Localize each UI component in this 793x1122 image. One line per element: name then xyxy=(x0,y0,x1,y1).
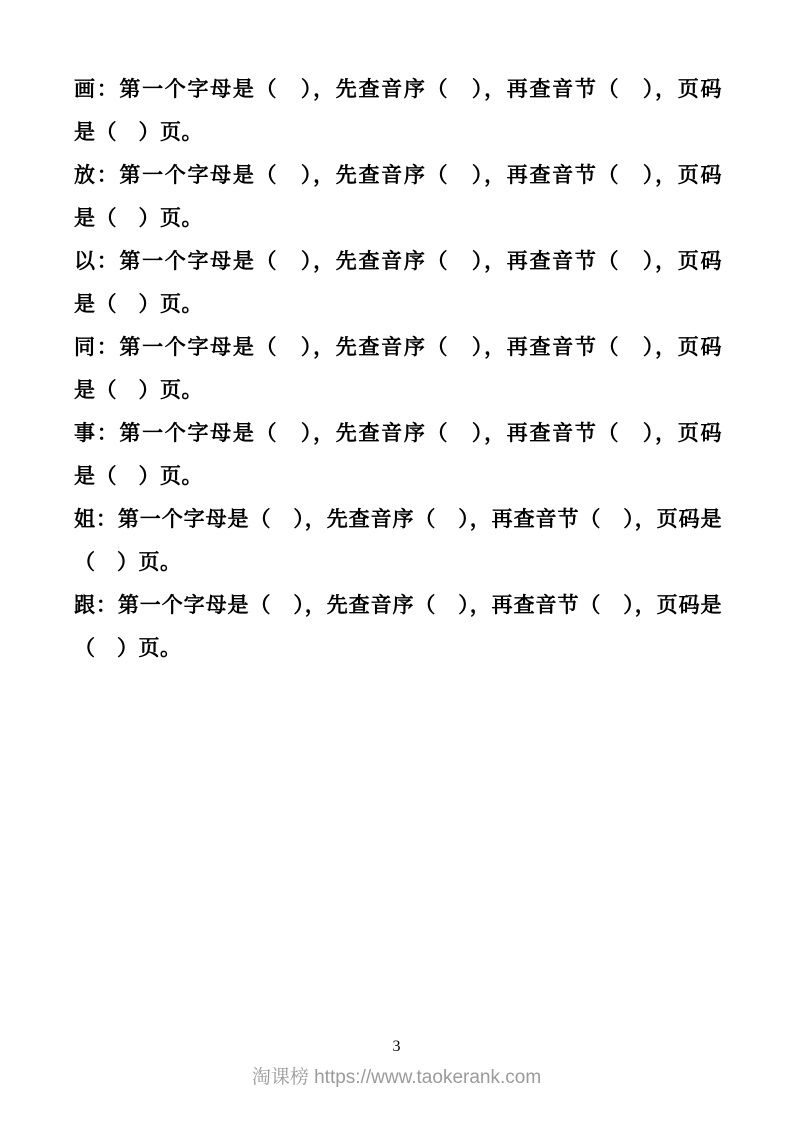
exercise-item-hua: 画：第一个字母是（ ），先查音序（ ），再查音节（ ），页码 是（ ）页。 xyxy=(74,68,722,154)
exercise-line: 是（ ）页。 xyxy=(74,369,722,412)
worksheet-page: 画：第一个字母是（ ），先查音序（ ），再查音节（ ），页码 是（ ）页。 放：… xyxy=(0,0,793,1122)
exercise-item-jie: 姐：第一个字母是（ ），先查音序（ ），再查音节（ ），页码是 （ ）页。 xyxy=(74,498,722,584)
exercise-item-tong: 同：第一个字母是（ ），先查音序（ ），再查音节（ ），页码 是（ ）页。 xyxy=(74,326,722,412)
page-number: 3 xyxy=(0,1038,793,1056)
exercise-item-gen: 跟：第一个字母是（ ），先查音序（ ），再查音节（ ），页码是 （ ）页。 xyxy=(74,584,722,670)
exercise-item-yi: 以：第一个字母是（ ），先查音序（ ），再查音节（ ），页码 是（ ）页。 xyxy=(74,240,722,326)
exercise-line: 同：第一个字母是（ ），先查音序（ ），再查音节（ ），页码 xyxy=(74,326,722,369)
exercise-line: 跟：第一个字母是（ ），先查音序（ ），再查音节（ ），页码是 xyxy=(74,584,722,627)
footer-credit: 淘课榜 https://www.taokerank.com xyxy=(0,1066,793,1090)
exercise-line: 姐：第一个字母是（ ），先查音序（ ），再查音节（ ），页码是 xyxy=(74,498,722,541)
exercise-list: 画：第一个字母是（ ），先查音序（ ），再查音节（ ），页码 是（ ）页。 放：… xyxy=(74,68,722,670)
exercise-line: 是（ ）页。 xyxy=(74,455,722,498)
exercise-line: 事：第一个字母是（ ），先查音序（ ），再查音节（ ），页码 xyxy=(74,412,722,455)
exercise-line: 是（ ）页。 xyxy=(74,197,722,240)
exercise-line: （ ）页。 xyxy=(74,627,722,670)
exercise-item-fang: 放：第一个字母是（ ），先查音序（ ），再查音节（ ），页码 是（ ）页。 xyxy=(74,154,722,240)
exercise-item-shi: 事：第一个字母是（ ），先查音序（ ），再查音节（ ），页码 是（ ）页。 xyxy=(74,412,722,498)
exercise-line: 放：第一个字母是（ ），先查音序（ ），再查音节（ ），页码 xyxy=(74,154,722,197)
exercise-line: 以：第一个字母是（ ），先查音序（ ），再查音节（ ），页码 xyxy=(74,240,722,283)
exercise-line: 画：第一个字母是（ ），先查音序（ ），再查音节（ ），页码 xyxy=(74,68,722,111)
exercise-line: 是（ ）页。 xyxy=(74,283,722,326)
exercise-line: （ ）页。 xyxy=(74,541,722,584)
exercise-line: 是（ ）页。 xyxy=(74,111,722,154)
